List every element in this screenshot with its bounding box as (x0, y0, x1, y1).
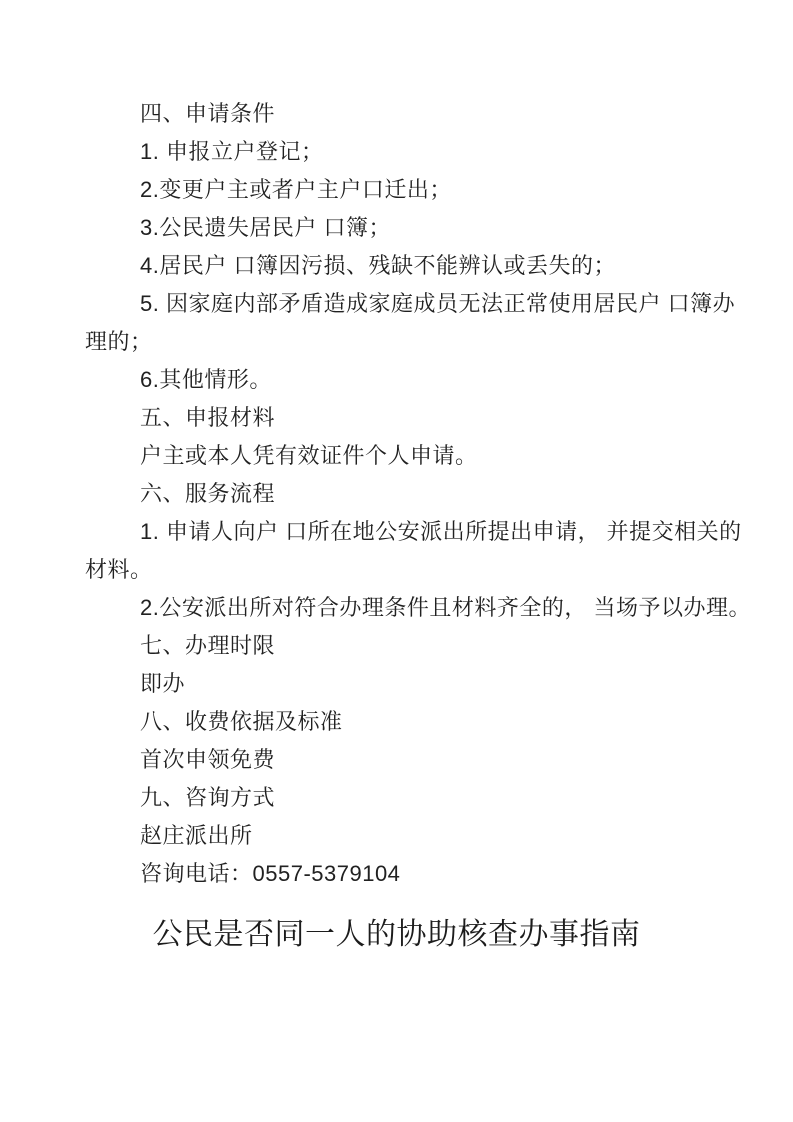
document-title: 公民是否同一人的协助核查办事指南 (85, 907, 708, 963)
doc-line-process-1: 1. 申请人向户 口所在地公安派出所提出申请， 并提交相关的 (85, 513, 708, 551)
doc-line-section-5-title: 五、申报材料 (85, 399, 708, 437)
document-body: 四、申请条件 1. 申报立户登记； 2.变更户主或者户主户口迁出； 3.公民遗失… (0, 0, 793, 963)
doc-line-fee: 首次申领免费 (85, 741, 708, 779)
doc-line-process-1-wrap: 材料。 (85, 551, 708, 589)
doc-line-item-6: 6.其他情形。 (85, 361, 708, 399)
doc-line-section-6-title: 六、服务流程 (85, 475, 708, 513)
doc-line-section-7-title: 七、办理时限 (85, 627, 708, 665)
doc-line-item-5-wrap: 理的； (85, 323, 708, 361)
doc-line-process-2: 2.公安派出所对符合办理条件且材料齐全的， 当场予以办理。 (85, 589, 708, 627)
doc-line-item-1: 1. 申报立户登记； (85, 133, 708, 171)
doc-line-materials: 户主或本人凭有效证件个人申请。 (85, 437, 708, 475)
doc-line-time-limit: 即办 (85, 665, 708, 703)
doc-line-phone: 咨询电话：0557-5379104 (85, 855, 708, 893)
doc-line-section-8-title: 八、收费依据及标准 (85, 703, 708, 741)
doc-line-item-5: 5. 因家庭内部矛盾造成家庭成员无法正常使用居民户 口簿办 (85, 285, 708, 323)
doc-line-item-3: 3.公民遗失居民户 口簿； (85, 209, 708, 247)
doc-line-item-4: 4.居民户 口簿因污损、残缺不能辨认或丢失的； (85, 247, 708, 285)
doc-line-station: 赵庄派出所 (85, 817, 708, 855)
doc-line-section-9-title: 九、咨询方式 (85, 779, 708, 817)
doc-line-section-4-title: 四、申请条件 (85, 95, 708, 133)
document-page: 四、申请条件 1. 申报立户登记； 2.变更户主或者户主户口迁出； 3.公民遗失… (0, 0, 793, 1122)
doc-line-item-2: 2.变更户主或者户主户口迁出； (85, 171, 708, 209)
